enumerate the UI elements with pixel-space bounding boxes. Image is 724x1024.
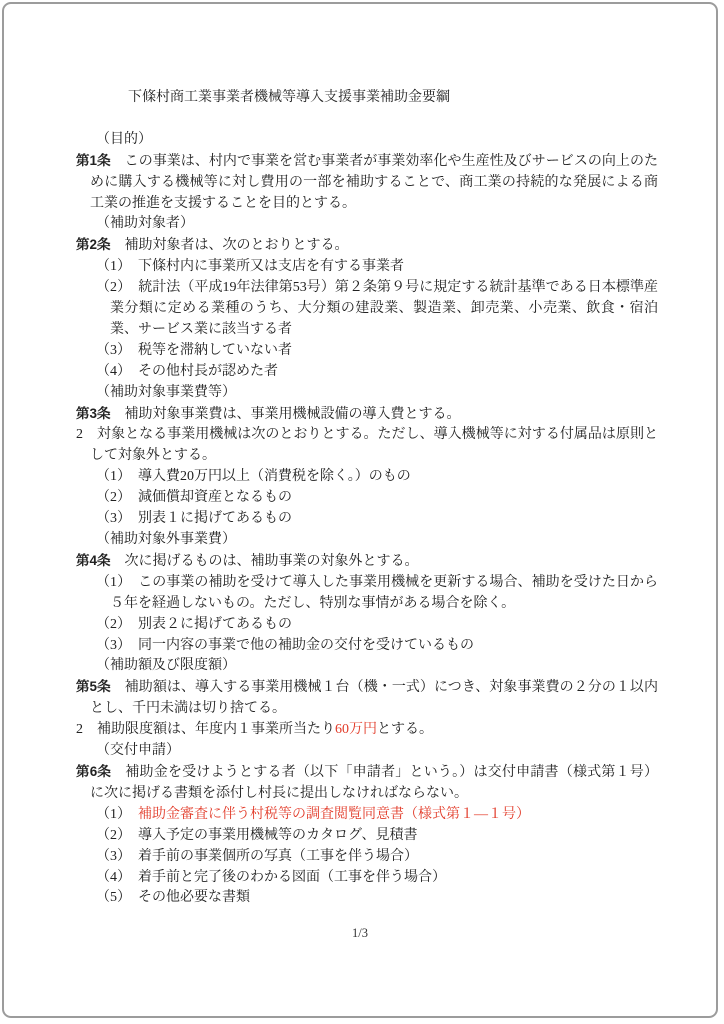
text-segment: とする。: [377, 722, 433, 737]
doc-label-line: （補助額及び限度額）: [4, 656, 658, 677]
text-segment: （2） 減価償却資産となるもの: [96, 490, 292, 505]
text-segment: （1） 下條村内に事業所又は支店を有する事業者: [96, 259, 404, 274]
text-segment: （3） 同一内容の事業で他の補助金の交付を受けているもの: [96, 638, 474, 653]
document-title: 下條村商工業事業者機械等導入支援事業補助金要綱: [4, 88, 658, 109]
text-segment: （4） その他村長が認めた者: [96, 364, 278, 379]
doc-label-line: （補助対象事業費等）: [4, 383, 658, 404]
text-segment: 次に掲げるものは、補助事業の対象外とする。: [111, 554, 419, 569]
document-body: （目的）第1条 この事業は、村内で事業を営む事業者が事業効率化や生産性及びサービ…: [4, 130, 658, 910]
doc-article-line: 第4条 次に掲げるものは、補助事業の対象外とする。: [4, 551, 658, 573]
article-number: 第2条: [76, 237, 111, 252]
doc-item-line: （2） 減価償却資産となるもの: [4, 488, 658, 509]
doc-item-line: （2） 別表２に掲げてあるもの: [4, 615, 658, 636]
text-segment: 2 補助限度額は、年度内１事業所当たり: [76, 722, 335, 737]
article-number: 第3条: [76, 406, 111, 421]
article-number: 第1条: [76, 153, 111, 168]
text-segment: （補助対象外事業費）: [96, 532, 236, 547]
doc-article-line: 第2条 補助対象者は、次のとおりとする。: [4, 235, 658, 257]
doc-item-line: （4） その他村長が認めた者: [4, 362, 658, 383]
text-segment: 補助対象事業費は、事業用機械設備の導入費とする。: [111, 407, 461, 422]
doc-item-line: （1） 補助金審査に伴う村税等の調査閲覧同意書（様式第１―１号）: [4, 805, 658, 826]
doc-label-line: （交付申請）: [4, 741, 658, 762]
doc-item-line: （3） 税等を滞納していない者: [4, 341, 658, 362]
doc-item-line: （2） 統計法（平成19年法律第53号）第２条第９号に規定する統計基準である日本…: [4, 278, 658, 341]
text-segment: この事業は、村内で事業を営む事業者が事業効率化や生産性及びサービスの向上のために…: [90, 154, 658, 211]
article-number: 第4条: [76, 553, 111, 568]
text-segment: （補助対象事業費等）: [96, 385, 236, 400]
doc-item-line: （1） この事業の補助を受けて導入した事業用機械を更新する場合、補助を受けた日か…: [4, 573, 658, 615]
text-segment: （目的）: [96, 132, 152, 147]
text-segment: 補助対象者は、次のとおりとする。: [111, 238, 349, 253]
page-number: 1/3: [4, 926, 716, 941]
doc-item-line: （1） 下條村内に事業所又は支店を有する事業者: [4, 257, 658, 278]
doc-item-line: （1） 導入費20万円以上（消費税を除く。）のもの: [4, 467, 658, 488]
doc-article-line: 2 対象となる事業用機械は次のとおりとする。ただし、導入機械等に対する付属品は原…: [4, 425, 658, 467]
doc-article-line: 第6条 補助金を受けようとする者（以下「申請者」という。）は交付申請書（様式第１…: [4, 762, 658, 805]
article-number: 第5条: [76, 679, 111, 694]
text-segment: （2） 別表２に掲げてあるもの: [96, 617, 292, 632]
text-segment: （2） 統計法（平成19年法律第53号）第２条第９号に規定する統計基準である日本…: [96, 280, 658, 337]
doc-label-line: （補助対象外事業費）: [4, 530, 658, 551]
text-segment: （1）: [96, 807, 138, 822]
highlighted-red-text: 補助金審査に伴う村税等の調査閲覧同意書（様式第１―１号）: [138, 807, 530, 822]
text-segment: （3） 着手前の事業個所の写真（工事を伴う場合）: [96, 849, 418, 864]
doc-item-line: （3） 別表１に掲げてあるもの: [4, 509, 658, 530]
doc-item-line: （3） 同一内容の事業で他の補助金の交付を受けているもの: [4, 636, 658, 657]
doc-item-line: （2） 導入予定の事業用機械等のカタログ、見積書: [4, 826, 658, 847]
doc-item-line: （5） その他必要な書類: [4, 888, 658, 909]
doc-article-line: 2 補助限度額は、年度内１事業所当たり60万円とする。: [4, 720, 658, 741]
doc-item-line: （4） 着手前と完了後のわかる図面（工事を伴う場合）: [4, 868, 658, 889]
text-segment: 2 対象となる事業用機械は次のとおりとする。ただし、導入機械等に対する付属品は原…: [76, 427, 658, 463]
doc-article-line: 第1条 この事業は、村内で事業を営む事業者が事業効率化や生産性及びサービスの向上…: [4, 151, 658, 215]
doc-label-line: （目的）: [4, 130, 658, 151]
text-segment: （2） 導入予定の事業用機械等のカタログ、見積書: [96, 828, 417, 843]
text-segment: （1） 導入費20万円以上（消費税を除く。）のもの: [96, 469, 411, 484]
text-segment: （3） 別表１に掲げてあるもの: [96, 511, 292, 526]
text-segment: （補助額及び限度額）: [96, 658, 236, 673]
text-segment: 補助額は、導入する事業用機械１台（機・一式）につき、対象事業費の２分の１以内とし…: [90, 680, 658, 716]
document-page: 下條村商工業事業者機械等導入支援事業補助金要綱 （目的）第1条 この事業は、村内…: [2, 2, 718, 1018]
text-segment: （5） その他必要な書類: [96, 890, 250, 905]
highlighted-red-text: 60万円: [335, 722, 377, 737]
text-segment: （交付申請）: [96, 743, 180, 758]
article-number: 第6条: [76, 764, 111, 779]
doc-article-line: 第3条 補助対象事業費は、事業用機械設備の導入費とする。: [4, 404, 658, 426]
document-content: 下條村商工業事業者機械等導入支援事業補助金要綱 （目的）第1条 この事業は、村内…: [4, 88, 658, 909]
doc-label-line: （補助対象者）: [4, 214, 658, 235]
doc-item-line: （3） 着手前の事業個所の写真（工事を伴う場合）: [4, 847, 658, 868]
text-segment: （3） 税等を滞納していない者: [96, 343, 292, 358]
text-segment: 補助金を受けようとする者（以下「申請者」という。）は交付申請書（様式第１号）に次…: [90, 765, 658, 801]
text-segment: （4） 着手前と完了後のわかる図面（工事を伴う場合）: [96, 870, 446, 885]
doc-article-line: 第5条 補助額は、導入する事業用機械１台（機・一式）につき、対象事業費の２分の１…: [4, 677, 658, 720]
text-segment: （補助対象者）: [96, 216, 194, 231]
text-segment: （1） この事業の補助を受けて導入した事業用機械を更新する場合、補助を受けた日か…: [96, 575, 658, 611]
